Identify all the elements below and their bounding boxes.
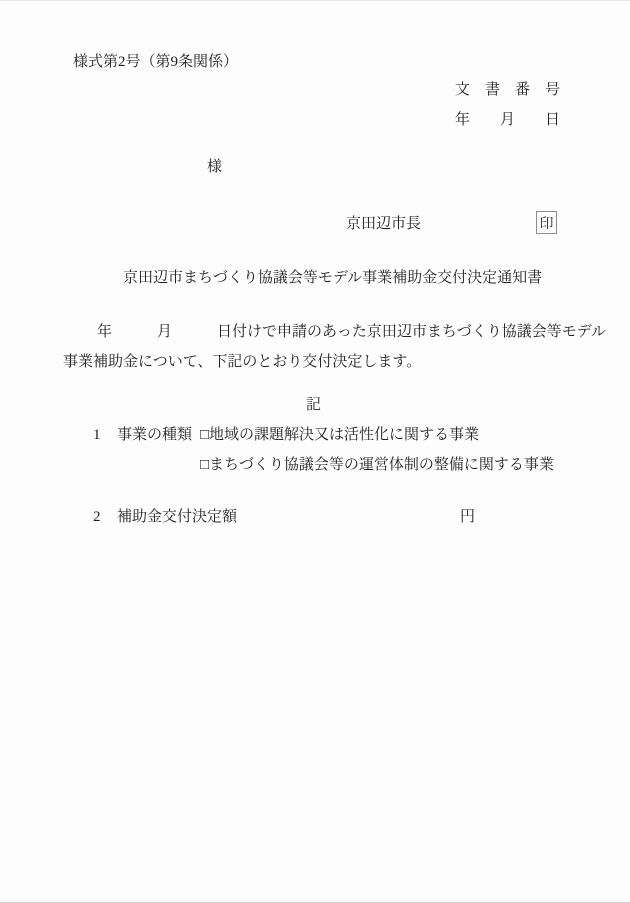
seal-box: 印	[536, 211, 557, 234]
item-2-label: 補助金交付決定額	[117, 508, 237, 526]
date-line: 年 月 日	[455, 111, 560, 129]
form-number: 様式第2号（第9条関係）	[73, 53, 238, 71]
document-number-label: 文 書 番 号	[455, 81, 560, 99]
item-1-label: 事業の種類	[117, 426, 192, 444]
document-page: 様式第2号（第9条関係） 文 書 番 号 年 月 日 様 京田辺市長 印 京田辺…	[0, 0, 630, 903]
sender-name: 京田辺市長	[346, 215, 421, 233]
body-line-2: 事業補助金について、下記のとおり交付決定します。	[63, 353, 421, 371]
body-line-1: 年 月 日付けで申請のあった京田辺市まちづくり協議会等モデル	[97, 323, 606, 341]
addressee-honorific: 様	[207, 158, 222, 176]
document-title: 京田辺市まちづくり協議会等モデル事業補助金交付決定通知書	[123, 269, 542, 287]
seal-mark: 印	[540, 213, 554, 233]
item-1-number: 1	[93, 426, 101, 444]
item-2-number: 2	[93, 508, 101, 526]
item-1-option-1: □地域の課題解決又は活性化に関する事業	[200, 426, 479, 444]
item-1-option-2: □まちづくり協議会等の運営体制の整備に関する事業	[200, 456, 554, 474]
item-2-unit: 円	[460, 508, 475, 526]
record-heading: 記	[306, 396, 321, 414]
